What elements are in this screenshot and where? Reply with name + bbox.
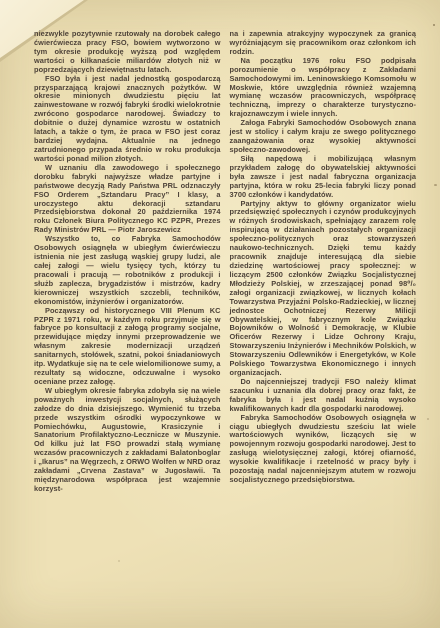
- scan-speck: [427, 418, 429, 420]
- left-column: niezwykle pozytywnie rzutowały na dorobe…: [34, 30, 221, 494]
- paragraph: Na początku 1976 roku FSO podpisała poro…: [230, 57, 417, 119]
- paragraph: Wszystko to, co Fabryka Samochodów Osobo…: [34, 235, 221, 306]
- paragraph: FSO była i jest nadal jednostką gospodar…: [34, 75, 221, 164]
- text-columns: niezwykle pozytywnie rzutowały na dorobe…: [34, 30, 416, 494]
- paragraph: Począwszy od historycznego VIII Plenum K…: [34, 307, 221, 387]
- paragraph: Fabryka Samochodów Osobowych osiągnęła w…: [230, 414, 417, 485]
- scan-speck: [433, 24, 435, 26]
- right-column: na i zapewnia atrakcyjny wypoczynek za g…: [230, 30, 417, 494]
- paragraph: Do najcenniejszej tradycji FSO należy kl…: [230, 378, 417, 414]
- paragraph: Załoga Fabryki Samochodów Osobowych znan…: [230, 119, 417, 155]
- scanned-page: niezwykle pozytywnie rzutowały na dorobe…: [0, 0, 440, 628]
- paragraph: Partyjny aktyw to główny organizator wie…: [230, 200, 417, 378]
- paragraph: niezwykle pozytywnie rzutowały na dorobe…: [34, 30, 221, 75]
- paragraph: Siłą napędową i mobilizującą własnym prz…: [230, 155, 417, 200]
- scan-speck: [118, 560, 120, 562]
- scan-speck: [434, 184, 437, 186]
- paragraph: na i zapewnia atrakcyjny wypoczynek za g…: [230, 30, 417, 57]
- paragraph: W uznaniu dla zawodowego i społecznego d…: [34, 164, 221, 235]
- paragraph: W ubiegłym okresie fabryka zdobyła się n…: [34, 387, 221, 494]
